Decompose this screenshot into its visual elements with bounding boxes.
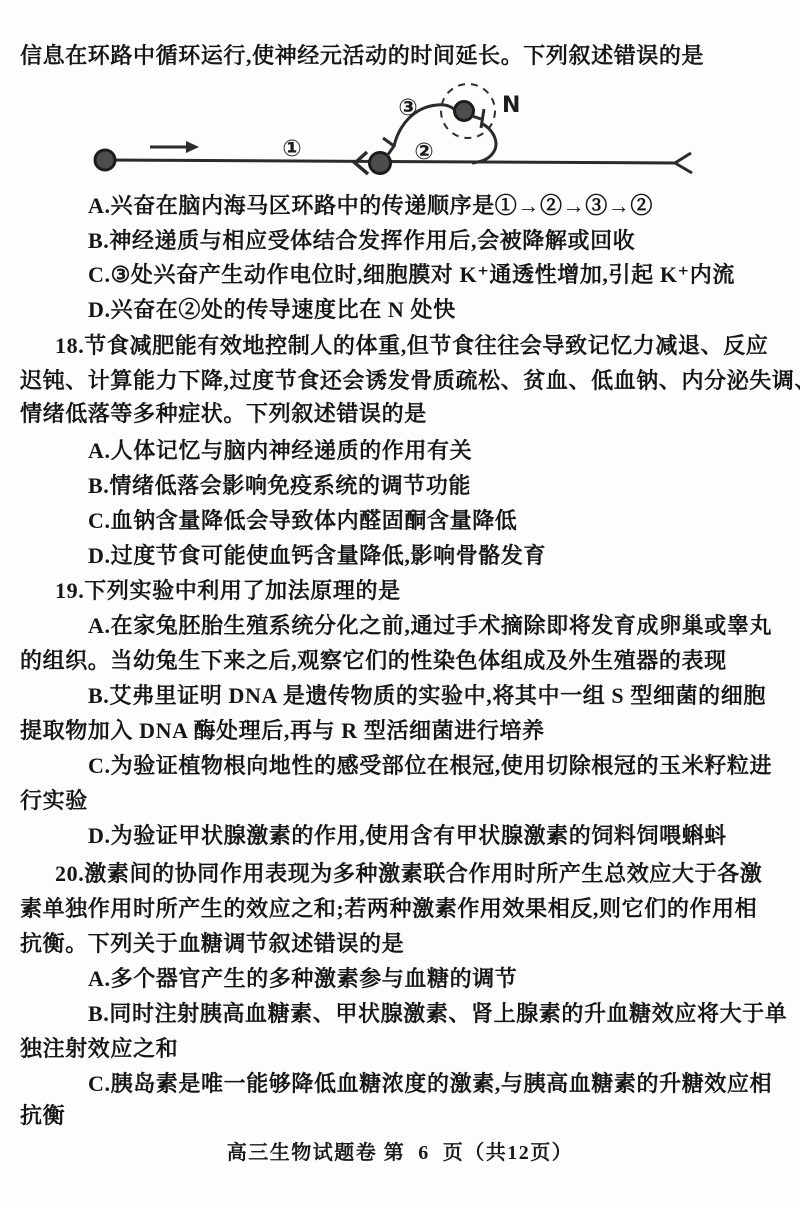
question-18-stem-line-1: 18.节食减肥能有效地控制人的体重,但节食往往会导致记忆力减退、反应: [55, 332, 768, 360]
question-18-option-b: B.情绪低落会影响免疫系统的调节功能: [88, 472, 471, 500]
question-20-option-b-line-2: 独注射效应之和: [20, 1035, 178, 1063]
question-18-stem-line-2: 迟钝、计算能力下降,过度节食还会诱发骨质疏松、贫血、低血钠、内分泌失调、: [20, 367, 800, 395]
question-17-option-a: A.兴奋在脑内海马区环路中的传递顺序是①→②→③→②: [88, 192, 653, 220]
question-19-option-b-line-2: 提取物加入 DNA 酶处理后,再与 R 型活细菌进行培养: [20, 717, 545, 745]
question-17-option-c: C.③处兴奋产生动作电位时,细胞膜对 K⁺通透性增加,引起 K⁺内流: [88, 261, 735, 289]
question-20-option-c-line-1: C.胰岛素是唯一能够降低血糖浓度的激素,与胰高血糖素的升糖效应相: [88, 1070, 772, 1098]
question-20-option-c-line-2: 抗衡: [20, 1102, 65, 1130]
axon-terminal-fork-icon: [675, 153, 692, 173]
question-20-option-b-line-1: B.同时注射胰高血糖素、甲状腺激素、肾上腺素的升血糖效应将大于单: [88, 1000, 787, 1028]
question-17-option-d: D.兴奋在②处的传导速度比在 N 处快: [88, 296, 456, 324]
neuron-soma-n: [455, 102, 474, 121]
question-18-stem-line-3: 情绪低落等多种症状。下列叙述错误的是: [20, 400, 427, 428]
question-19-stem: 19.下列实验中利用了加法原理的是: [55, 577, 401, 605]
t-terminal-stem: [472, 116, 481, 119]
question-18-option-a: A.人体记忆与脑内神经递质的作用有关: [88, 437, 472, 465]
question-20-stem-line-2: 素单独作用时所产生的效应之和;若两种激素作用效果相反,则它们的作用相: [20, 895, 757, 923]
question-19-option-b-line-1: B.艾弗里证明 DNA 是遗传物质的实验中,将其中一组 S 型细菌的细胞: [88, 682, 766, 710]
synapse-claw-icon: [355, 152, 368, 174]
diagram-label-3: ③: [398, 95, 417, 121]
question-19-option-a-line-1: A.在家兔胚胎生殖系统分化之前,通过手术摘除即将发育成卵巢或睾丸: [88, 612, 772, 640]
question-20-stem-line-3: 抗衡。下列关于血糖调节叙述错误的是: [20, 930, 404, 958]
diagram-label-1: ①: [282, 136, 301, 162]
question-17-intro: 信息在环路中循环运行,使神经元活动的时间延长。下列叙述错误的是: [20, 42, 704, 70]
question-19-option-a-line-2: 的组织。当幼兔生下来之后,观察它们的性染色体组成及外生殖器的表现: [20, 647, 727, 675]
question-17-option-b: B.神经递质与相应受体结合发挥作用后,会被降解或回收: [88, 227, 635, 255]
neural-circuit-diagram: ① ② ③ N: [0, 75, 800, 193]
neuron-soma-left: [95, 150, 115, 170]
neural-circuit-svg: ① ② ③ N: [0, 75, 800, 193]
diagram-label-n: N: [502, 93, 520, 118]
page-footer: 高三生物试题卷 第 6 页（共12页）: [0, 1136, 800, 1165]
question-18-option-c: C.血钠含量降低会导致体内醛固酮含量降低: [88, 507, 517, 535]
diagram-label-2: ②: [414, 139, 433, 165]
exam-paper-page: 信息在环路中循环运行,使神经元活动的时间延长。下列叙述错误的是 ① ②: [0, 0, 800, 1208]
question-20-option-a: A.多个器官产生的多种激素参与血糖的调节: [88, 965, 517, 993]
question-19-option-c-line-2: 行实验: [20, 787, 88, 815]
question-18-option-d: D.过度节食可能使血钙含量降低,影响骨骼发育: [88, 542, 546, 570]
return-axon-curve: [472, 123, 496, 163]
question-20-stem-line-1: 20.激素间的协同作用表现为多种激素联合作用时所产生总效应大于各激: [55, 860, 762, 888]
direction-arrowhead-icon: [186, 141, 199, 153]
question-19-option-c-line-1: C.为验证植物根向地性的感受部位在根冠,使用切除根冠的玉米籽粒进: [88, 752, 772, 780]
question-19-option-d: D.为验证甲状腺激素的作用,使用含有甲状腺激素的饲料饲喂蝌蚪: [88, 822, 727, 850]
